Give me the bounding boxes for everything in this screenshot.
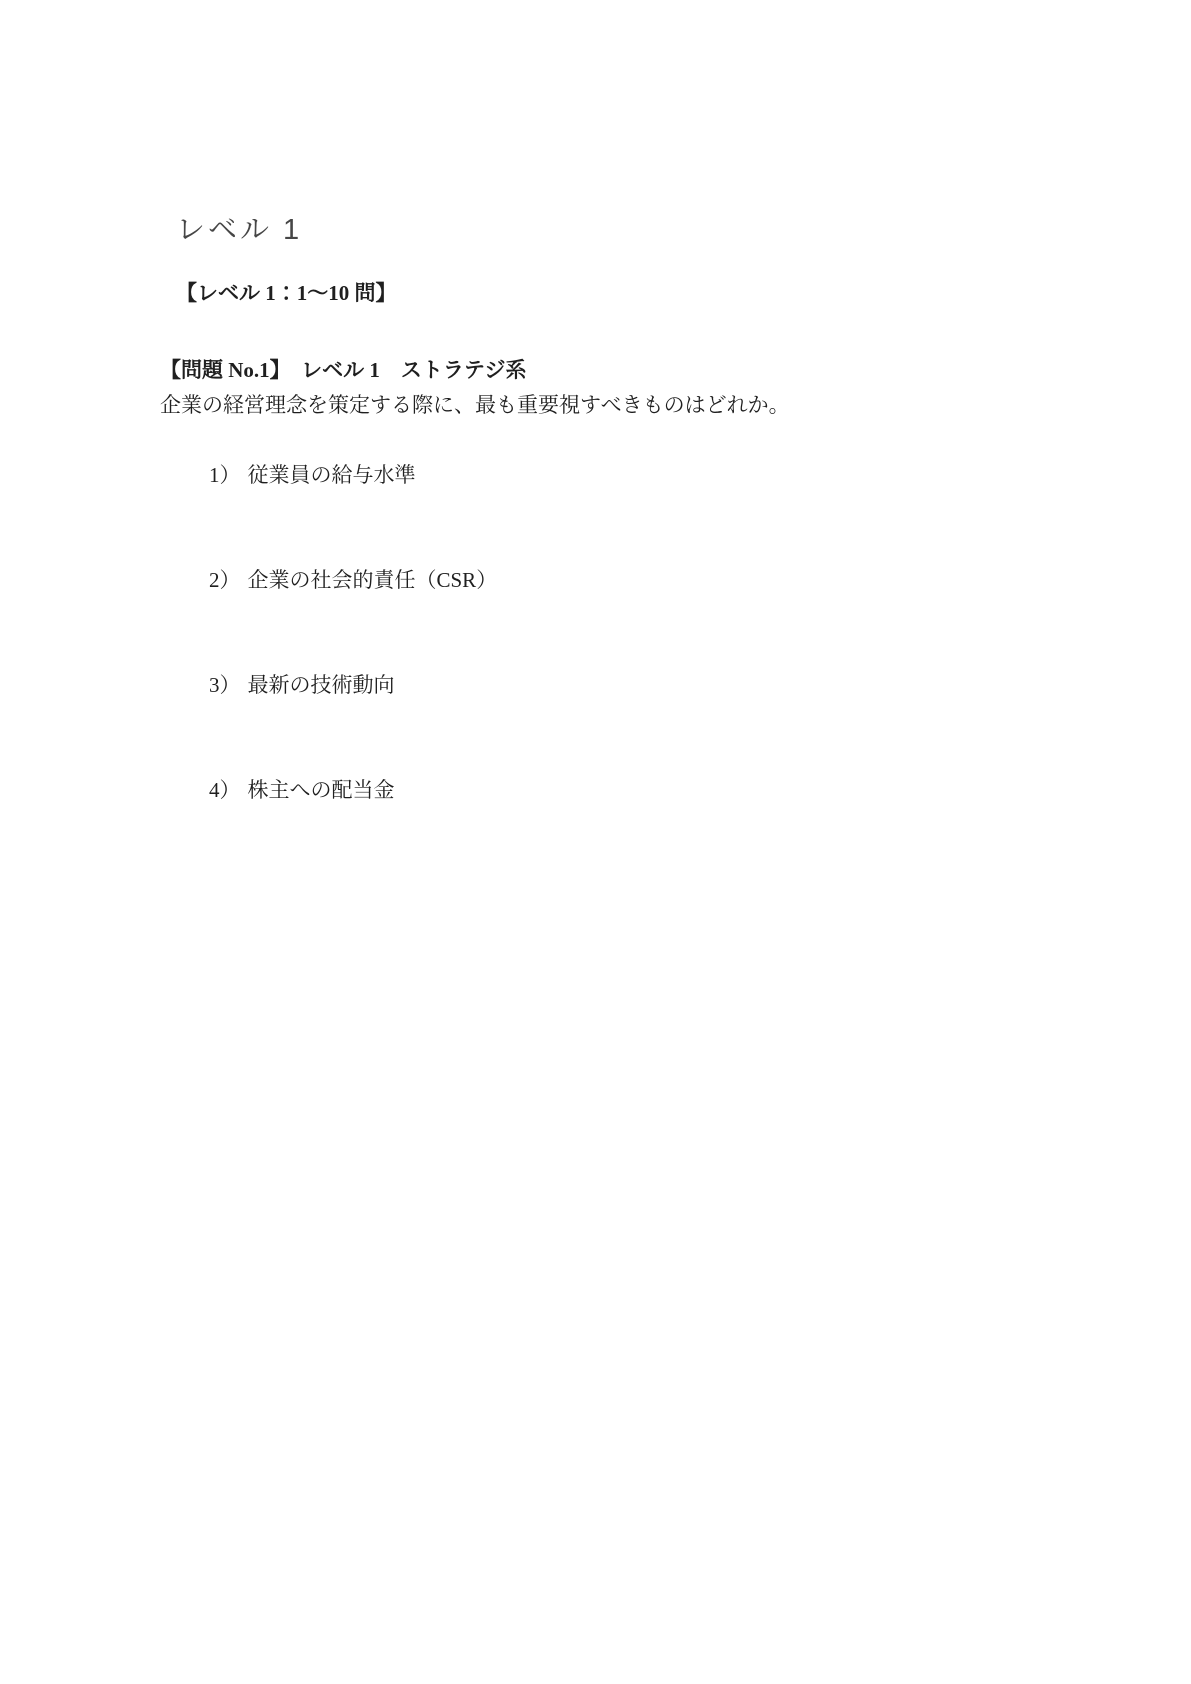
option-2-number: 2） xyxy=(209,568,241,592)
page-title: レベル 1 xyxy=(176,207,302,248)
option-1-number: 1） xyxy=(209,463,241,487)
option-2: 2）企業の社会的責任（CSR） xyxy=(167,528,790,633)
document-page: レベル 1 【レベル 1：1～10 問】 【問題 No.1】 レベル 1 ストラ… xyxy=(0,0,1191,1684)
option-1: 1）従業員の給与水準 xyxy=(167,423,790,528)
option-4-number: 4） xyxy=(209,778,241,802)
option-2-text: 企業の社会的責任（CSR） xyxy=(248,568,498,592)
option-3: 3）最新の技術動向 xyxy=(167,633,790,738)
question-header: 【問題 No.1】 レベル 1 ストラテジ系 xyxy=(160,353,790,388)
option-3-text: 最新の技術動向 xyxy=(248,673,395,697)
option-4: 4）株主への配当金 xyxy=(167,738,790,843)
question-text: 企業の経営理念を策定する際に、最も重要視すべきものはどれか。 xyxy=(160,388,790,423)
option-1-text: 従業員の給与水準 xyxy=(248,463,416,487)
question-block: 【問題 No.1】 レベル 1 ストラテジ系 企業の経営理念を策定する際に、最も… xyxy=(160,353,790,843)
options-list: 1）従業員の給与水準 2）企業の社会的責任（CSR） 3）最新の技術動向 4）株… xyxy=(167,423,790,843)
option-4-text: 株主への配当金 xyxy=(248,778,395,802)
section-header: 【レベル 1：1～10 問】 xyxy=(176,277,397,307)
option-3-number: 3） xyxy=(209,673,241,697)
